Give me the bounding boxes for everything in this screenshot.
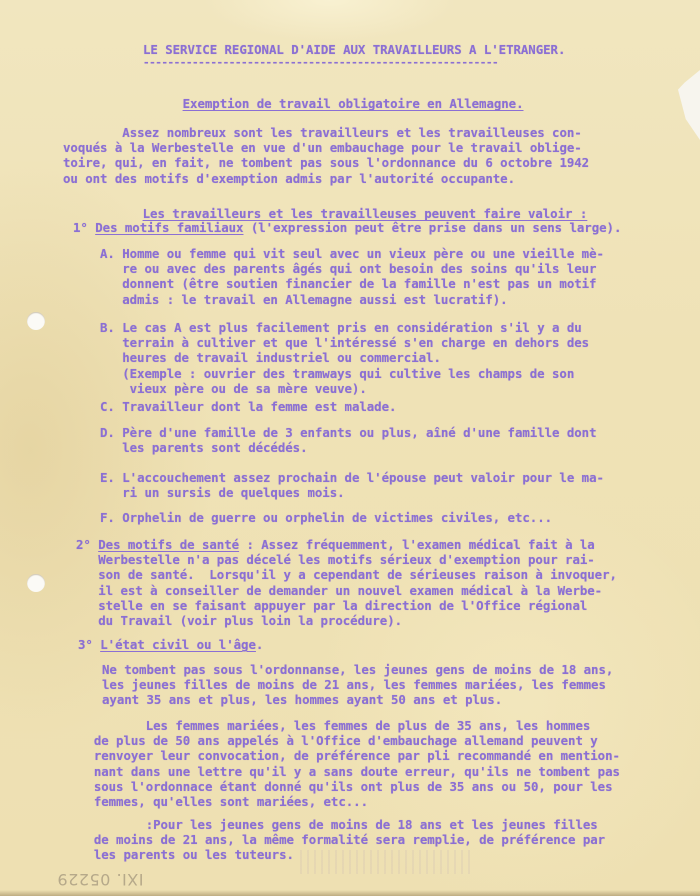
- intro-paragraph: Assez nombreux sont les travailleurs et …: [63, 125, 589, 186]
- document-subtitle: Exemption de travail obligatoire en Alle…: [153, 81, 524, 127]
- section-1-heading: 1° Des motifs familiaux (l'expression pe…: [73, 220, 621, 235]
- item-letter: A.: [100, 246, 115, 261]
- section-3-paragraph-1: Ne tombent pas sous l'ordonnanse, les je…: [102, 662, 613, 708]
- punch-hole-top: [27, 312, 45, 330]
- item-letter: D.: [100, 425, 115, 440]
- section-2-title: Des motifs de santé: [98, 537, 239, 552]
- torn-corner: [678, 70, 700, 140]
- section-3-heading-end: .: [256, 637, 263, 652]
- section-1-number: 1°: [73, 220, 88, 235]
- lead-text: Les travailleurs et les travailleuses pe…: [143, 206, 588, 221]
- item-text: Homme ou femme qui vit seul avec un vieu…: [100, 246, 604, 307]
- section-2-first-line: : Assez fréquemment, l'examen médical fa…: [239, 537, 595, 552]
- item-text: Orphelin de guerre ou orphelin de victim…: [122, 510, 552, 525]
- section-3-number: 3°: [78, 637, 93, 652]
- item-text: Travailleur dont la femme est malade.: [122, 399, 396, 414]
- section-1-item-b: B. Le cas A est plus facilement pris en …: [100, 320, 589, 396]
- item-text: L'accouchement assez prochain de l'épous…: [100, 470, 604, 500]
- item-letter: F.: [100, 510, 115, 525]
- punch-hole-bottom: [27, 574, 45, 592]
- item-text: Père d'une famille de 3 enfants ou plus,…: [100, 425, 596, 455]
- section-3-paragraph-2: Les femmes mariées, les femmes de plus d…: [79, 718, 620, 809]
- item-letter: E.: [100, 470, 115, 485]
- section-1-item-c: C. Travailleur dont la femme est malade.: [100, 399, 396, 414]
- section-3-heading: 3° L'état civil ou l'âge.: [78, 637, 263, 652]
- item-letter: C.: [100, 399, 115, 414]
- item-text: Le cas A est plus facilement pris en con…: [100, 320, 589, 396]
- section-1-item-a: A. Homme ou femme qui vit seul avec un v…: [100, 246, 604, 307]
- section-3-title: L'état civil ou l'âge: [100, 637, 256, 652]
- subtitle-text: Exemption de travail obligatoire en Alle…: [183, 96, 524, 111]
- section-1-note: (l'expression peut être prise dans un se…: [243, 220, 621, 235]
- section-1-item-f: F. Orphelin de guerre ou orphelin de vic…: [100, 510, 552, 525]
- section-2-number: 2°: [76, 537, 91, 552]
- section-1-title: Des motifs familiaux: [95, 220, 243, 235]
- section-1-item-d: D. Père d'une famille de 3 enfants ou pl…: [100, 425, 596, 455]
- document-page: LE SERVICE REGIONAL D'AIDE AUX TRAVAILLE…: [0, 0, 700, 896]
- item-letter: B.: [100, 320, 115, 335]
- section-1-item-e: E. L'accouchement assez prochain de l'ép…: [100, 470, 604, 500]
- faint-stamp-bleed: [300, 850, 470, 874]
- section-2-body: Werbestelle n'a pas décelé les motifs sé…: [76, 552, 617, 628]
- section-2: 2° Des motifs de santé : Assez fréquemme…: [76, 537, 617, 628]
- corner-smudge: [22, 14, 52, 22]
- archival-pencil-mark: IXI. 05229: [57, 870, 143, 889]
- title-rule: ----------------------------------------…: [143, 55, 498, 70]
